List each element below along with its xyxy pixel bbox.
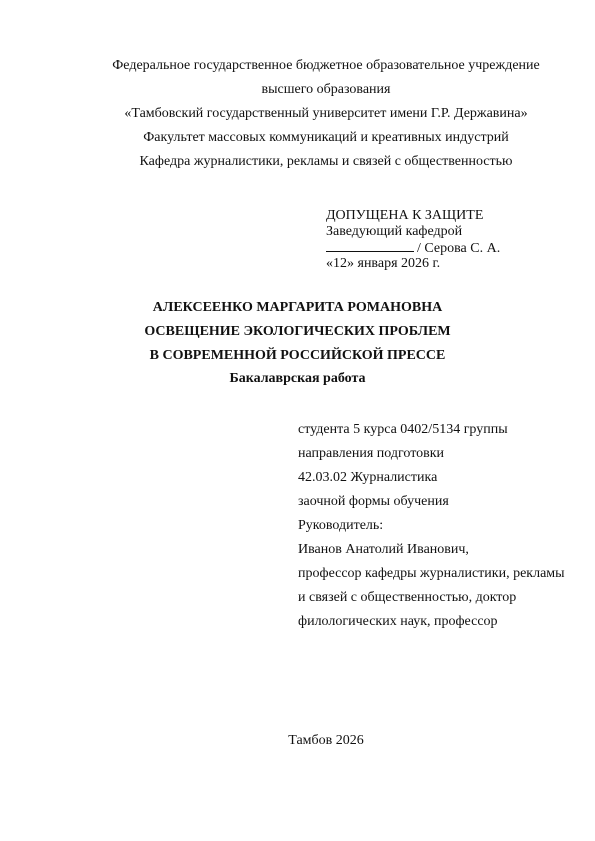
study-direction-code: 42.03.02 Журналистика	[298, 466, 565, 490]
approval-status: ДОПУЩЕНА К ЗАЩИТЕ	[326, 208, 500, 224]
institution-type: Федеральное государственное бюджетное об…	[0, 54, 595, 78]
institution-header: Федеральное государственное бюджетное об…	[0, 54, 595, 174]
student-info-block: студента 5 курса 0402/5134 группы направ…	[298, 418, 565, 634]
title-page: Федеральное государственное бюджетное об…	[0, 0, 595, 841]
city-year: Тамбов 2026	[0, 731, 595, 751]
supervisor-title-line-1: профессор кафедры журналистики, рекламы	[298, 562, 565, 586]
signature-name: / Серова С. А.	[417, 241, 500, 256]
institution-level: высшего образования	[0, 78, 595, 102]
thesis-topic-line-2: В СОВРЕМЕННОЙ РОССИЙСКОЙ ПРЕССЕ	[0, 344, 595, 368]
supervisor-label: Руководитель:	[298, 514, 565, 538]
supervisor-title-line-3: филологических наук, профессор	[298, 610, 565, 634]
approval-block: ДОПУЩЕНА К ЗАЩИТЕ Заведующий кафедрой / …	[326, 208, 500, 272]
faculty-name: Факультет массовых коммуникаций и креати…	[0, 126, 595, 150]
thesis-topic-line-1: ОСВЕЩЕНИЕ ЭКОЛОГИЧЕСКИХ ПРОБЛЕМ	[0, 320, 595, 344]
approval-signature: / Серова С. А.	[326, 240, 500, 256]
supervisor-name: Иванов Анатолий Иванович,	[298, 538, 565, 562]
author-name: АЛЕКСЕЕНКО МАРГАРИТА РОМАНОВНА	[0, 296, 595, 320]
approval-date: «12» января 2026 г.	[326, 256, 500, 272]
study-direction-label: направления подготовки	[298, 442, 565, 466]
supervisor-title-line-2: и связей с общественностью, доктор	[298, 586, 565, 610]
university-name: «Тамбовский государственный университет …	[0, 102, 595, 126]
study-form: заочной формы обучения	[298, 490, 565, 514]
student-course-group: студента 5 курса 0402/5134 группы	[298, 418, 565, 442]
work-type: Бакалаврская работа	[0, 368, 595, 390]
signature-line	[326, 240, 414, 252]
thesis-title-block: АЛЕКСЕЕНКО МАРГАРИТА РОМАНОВНА ОСВЕЩЕНИЕ…	[0, 296, 595, 390]
approval-role: Заведующий кафедрой	[326, 224, 500, 240]
department-name: Кафедра журналистики, рекламы и связей с…	[0, 150, 595, 174]
